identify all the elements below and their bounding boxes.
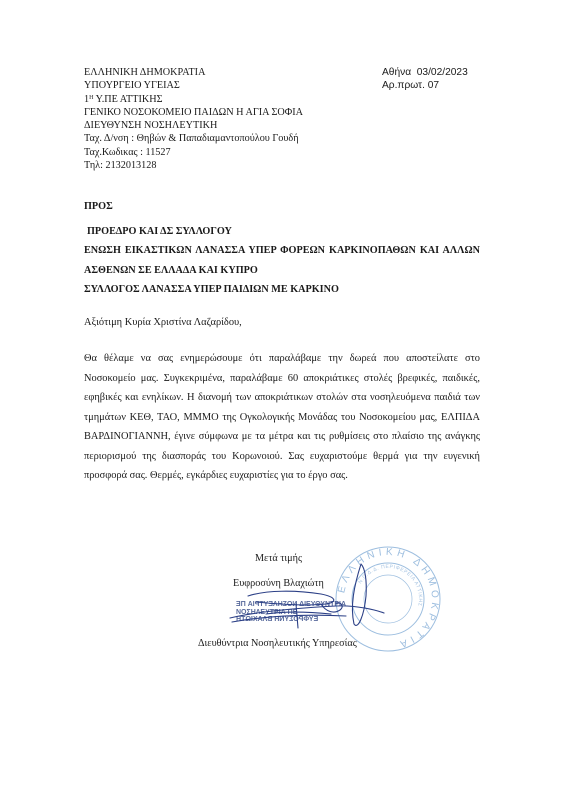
handwritten-signature [226, 556, 386, 636]
letter-body: Θα θέλαμε να σας ενημερώσουμε ότι παραλά… [84, 349, 480, 486]
document-meta: Αθήνα 03/02/2023 Αρ.πρωτ. 07 [382, 66, 468, 92]
recipient-line: ΠΡΟΕΔΡΟ ΚΑΙ ΔΣ ΣΥΛΛΟΓΟΥ [84, 222, 480, 241]
sender-header: ΕΛΛΗΝΙΚΗ ΔΗΜΟΚΡΑΤΙΑ ΥΠΟΥΡΓΕΙΟ ΥΓΕΙΑΣ 1Η … [84, 66, 303, 172]
recipient-line: ΕΝΩΣΗ ΕΙΚΑΣΤΙΚΩΝ ΛΑΝΑΣΣΑ ΥΠΕΡ ΦΟΡΕΩΝ ΚΑΡ… [84, 241, 480, 260]
recipient-line: ΑΣΘΕΝΩΝ ΣΕ ΕΛΛΑΔΑ ΚΑΙ ΚΥΠΡΟ [84, 261, 480, 280]
header-line-postcode: Ταχ.Κωδικας : 11527 [84, 146, 303, 159]
to-label: ΠΡΟΣ [84, 201, 113, 212]
header-line-ministry: ΥΠΟΥΡΓΕΙΟ ΥΓΕΙΑΣ [84, 79, 303, 92]
signer-title: Διευθύντρια Νοσηλευτικής Υπηρεσίας [198, 638, 357, 649]
signature-scribble-icon [226, 556, 386, 636]
header-line-hospital: ΓΕΝΙΚΟ ΝΟΣΟΚΟΜΕΙΟ ΠΑΙΔΩΝ Η ΑΓΙΑ ΣΟΦΙΑ [84, 106, 303, 119]
place-date: Αθήνα 03/02/2023 [382, 66, 468, 79]
header-line-directorate: ΔΙΕΥΘΥΝΣΗ ΝΟΣΗΛΕΥΤΙΚΗ [84, 119, 303, 132]
header-line-ype: 1Η Υ.ΠΕ ΑΤΤΙΚΗΣ [84, 92, 303, 106]
header-line-republic: ΕΛΛΗΝΙΚΗ ΔΗΜΟΚΡΑΤΙΑ [84, 66, 303, 79]
salutation: Αξιότιμη Κυρία Χριστίνα Λαζαρίδου, [84, 317, 242, 328]
header-line-address: Ταχ. Δ/νση : Θηβών & Παπαδιαμαντοπούλου … [84, 132, 303, 145]
header-line-phone: Τηλ: 2132013128 [84, 159, 303, 172]
protocol-number: Αρ.πρωτ. 07 [382, 79, 468, 92]
recipient-line: ΣΥΛΛΟΓΟΣ ΛΑΝΑΣΣΑ ΥΠΕΡ ΠΑΙΔΙΩΝ ΜΕ ΚΑΡΚΙΝΟ [84, 280, 480, 299]
recipient-block: ΠΡΟΕΔΡΟ ΚΑΙ ΔΣ ΣΥΛΛΟΓΟΥ ΕΝΩΣΗ ΕΙΚΑΣΤΙΚΩΝ… [84, 222, 480, 300]
